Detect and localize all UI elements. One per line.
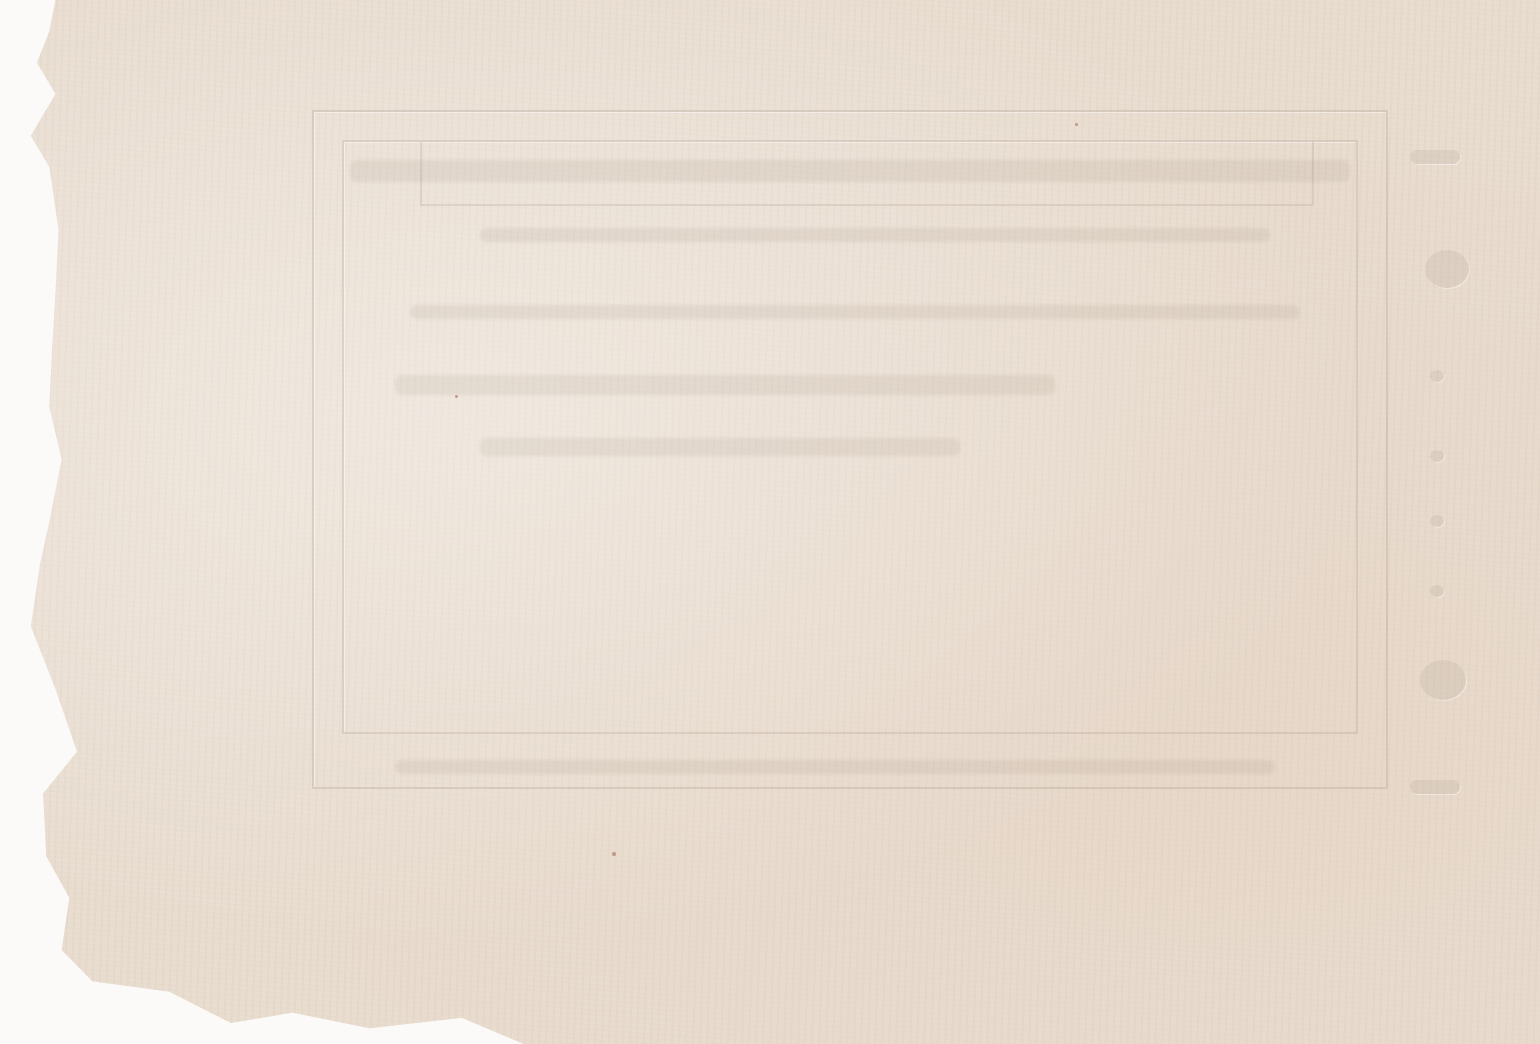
ornament	[1410, 780, 1460, 794]
faint-text-line	[480, 438, 960, 456]
faint-text-line	[350, 160, 1350, 182]
paper-fleck	[1075, 123, 1078, 126]
ornament	[1430, 585, 1444, 597]
faint-text-line	[410, 305, 1300, 319]
paper-fleck	[612, 852, 616, 856]
ornament	[1430, 370, 1444, 382]
ornament	[1420, 660, 1466, 700]
ornament	[1410, 150, 1460, 164]
ornament	[1430, 450, 1444, 462]
faint-text-line	[395, 760, 1275, 774]
faint-text-line	[480, 228, 1270, 242]
paper-fleck	[455, 395, 458, 398]
embossed-side-ornaments	[1400, 120, 1510, 820]
ornament	[1425, 250, 1469, 288]
ornament	[1430, 515, 1444, 527]
faint-text-line	[395, 375, 1055, 395]
